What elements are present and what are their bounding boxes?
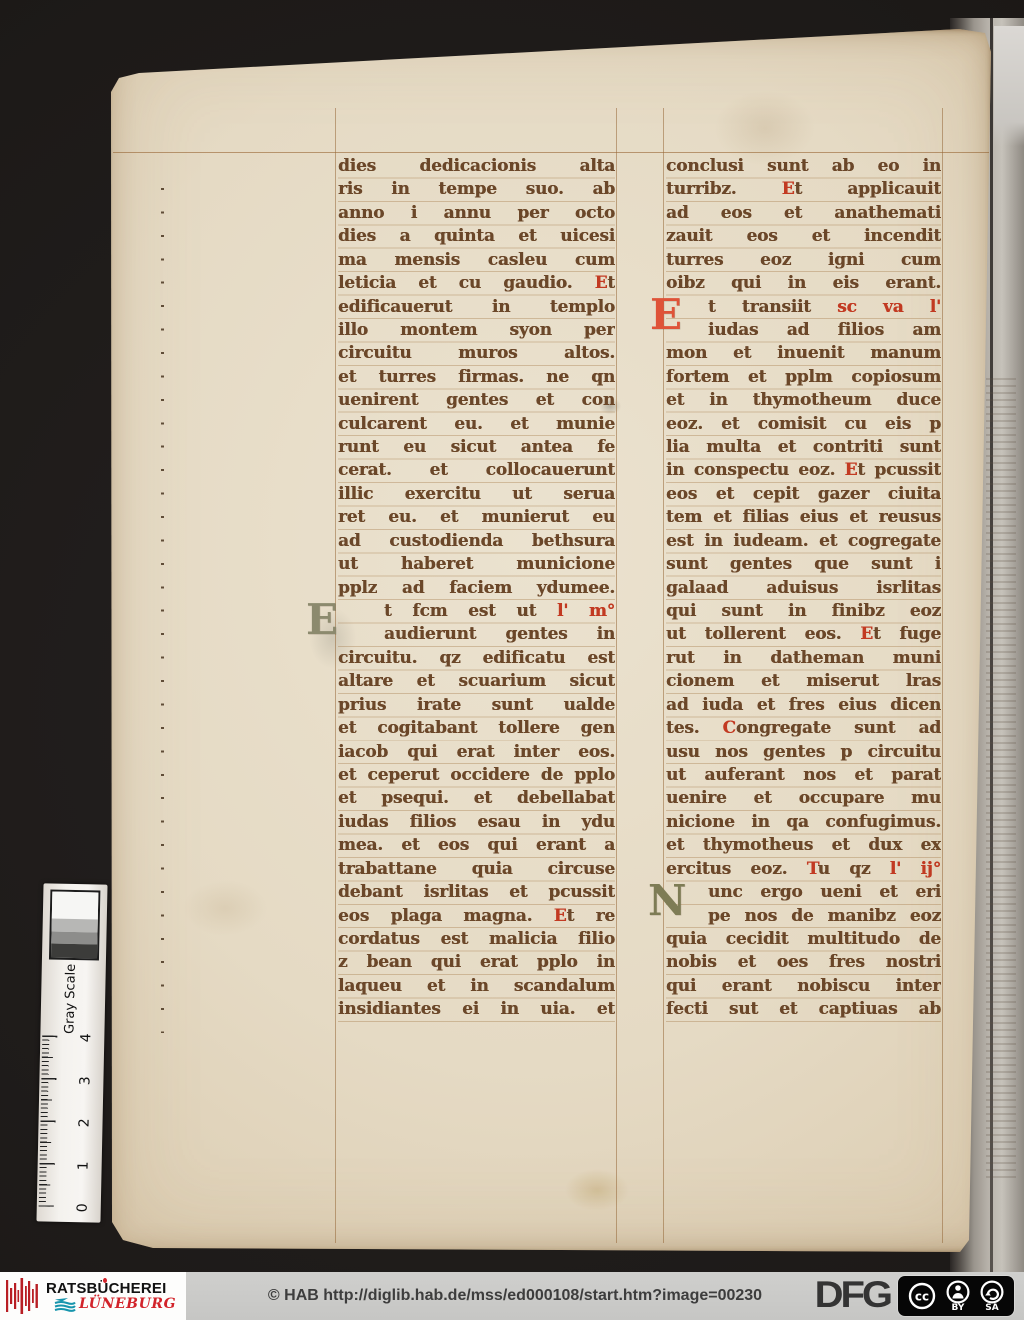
ruler-ticks-unit (39, 1035, 58, 1206)
page-edge-shading (105, 28, 993, 1254)
cc-license-badge: cc BY SA (898, 1276, 1014, 1316)
footer-bar: RATSBÜCHEREI LÜNEBURG © HAB http://digli… (0, 1272, 1024, 1320)
patch-white (52, 892, 99, 920)
by-icon: BY (946, 1280, 970, 1313)
ruler-number: 0 (75, 1203, 91, 1212)
ruler-number: 4 (78, 1033, 94, 1042)
barcode-icon (5, 1276, 39, 1316)
manuscript-page: dies dedicacionis altaris in tempe suo. … (105, 28, 993, 1254)
dfg-logo: DFG (815, 1274, 890, 1318)
grayscale-patch (49, 890, 100, 961)
sa-label: SA (985, 1304, 998, 1313)
by-label: BY (952, 1304, 965, 1313)
patch-midgray (51, 932, 97, 945)
photo-background: dies dedicacionis altaris in tempe suo. … (0, 0, 1024, 1272)
copyright-url: © HAB http://diglib.hab.de/mss/ed000108/… (210, 1272, 820, 1320)
ruler-number: 1 (76, 1161, 92, 1170)
ruler-number: 3 (77, 1076, 93, 1085)
library-name-line2: LÜNEBURG (79, 1297, 176, 1311)
patch-darkgray (51, 944, 97, 959)
ruler-tick-labels: 43210 (44, 883, 108, 884)
library-logo: RATSBÜCHEREI LÜNEBURG (0, 1272, 186, 1320)
library-name: RATSBÜCHEREI LÜNEBURG (46, 1281, 176, 1312)
ruler-label: Gray Scale (62, 964, 78, 1034)
sa-icon: SA (980, 1280, 1004, 1313)
grayscale-ruler: Gray Scale 43210 (36, 883, 107, 1222)
svg-text:cc: cc (915, 1290, 929, 1304)
wave-icon (54, 1297, 76, 1312)
ruler-number: 2 (76, 1118, 92, 1127)
patch-lightgray (52, 919, 98, 933)
umlaut-accent (103, 1278, 107, 1283)
facing-page-text-showthrough (986, 378, 1016, 1178)
library-name-line1: RATSBÜCHEREI (46, 1281, 176, 1296)
cc-icon: cc (908, 1282, 936, 1310)
facing-page-corner (994, 26, 1024, 146)
